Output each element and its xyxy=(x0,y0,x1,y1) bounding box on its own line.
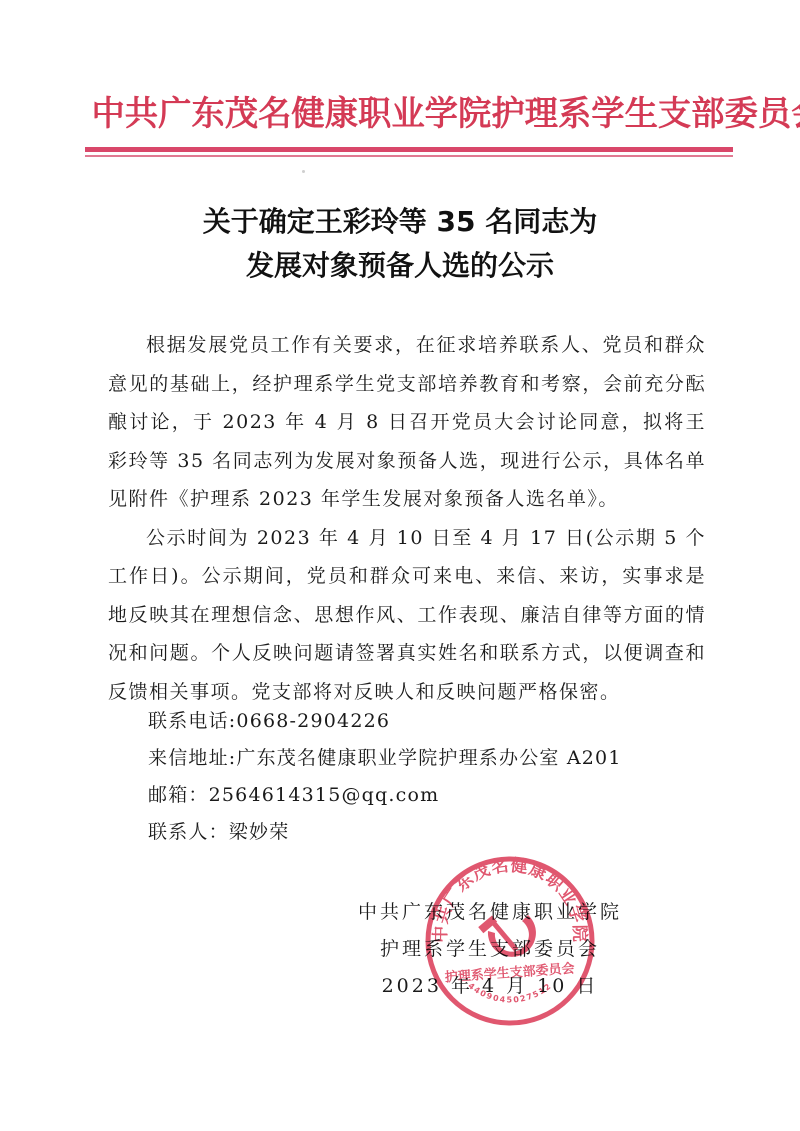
title-line-2: 发展对象预备人选的公示 xyxy=(0,244,800,288)
svg-text:中共广东茂名健康职业学院: 中共广东茂名健康职业学院 xyxy=(430,855,590,943)
seal-code: 4409045027512 xyxy=(466,981,553,1004)
seal-outer-text: 中共广东茂名健康职业学院 xyxy=(430,855,590,943)
svg-text:4409045027512: 4409045027512 xyxy=(466,981,553,1004)
title-line-1: 关于确定王彩玲等 35 名同志为 xyxy=(0,200,800,244)
letterhead-rule-thin xyxy=(85,155,733,157)
body-paragraph: 根据发展党员工作有关要求，在征求培养联系人、党员和群众意见的基础上，经护理系学生… xyxy=(108,326,706,519)
contact-info: 联系电话:0668-2904226 来信地址:广东茂名健康职业学院护理系办公室 … xyxy=(148,703,622,851)
document-title: 关于确定王彩玲等 35 名同志为 发展对象预备人选的公示 xyxy=(0,200,800,288)
body-paragraph: 公示时间为 2023 年 4 月 10 日至 4 月 17 日(公示期 5 个工… xyxy=(108,519,706,712)
letterhead-organization: 中共广东茂名健康职业学院护理系学生支部委员会 xyxy=(91,88,726,140)
contact-phone: 联系电话:0668-2904226 xyxy=(148,703,622,740)
letterhead-rule-thick xyxy=(85,147,733,152)
contact-email: 邮箱：2564614315@qq.com xyxy=(148,777,622,814)
hammer-sickle-icon xyxy=(478,915,536,957)
contact-person: 联系人：梁妙荣 xyxy=(148,814,622,851)
contact-address: 来信地址:广东茂名健康职业学院护理系办公室 A201 xyxy=(148,740,622,777)
scan-speck xyxy=(302,170,305,173)
seal-inner-text: 护理系学生支部委员会 xyxy=(444,960,575,985)
official-seal: 中共广东茂名健康职业学院 4409045027512 护理系学生支部委员会 xyxy=(424,855,596,1027)
document-body: 根据发展党员工作有关要求，在征求培养联系人、党员和群众意见的基础上，经护理系学生… xyxy=(108,326,706,711)
